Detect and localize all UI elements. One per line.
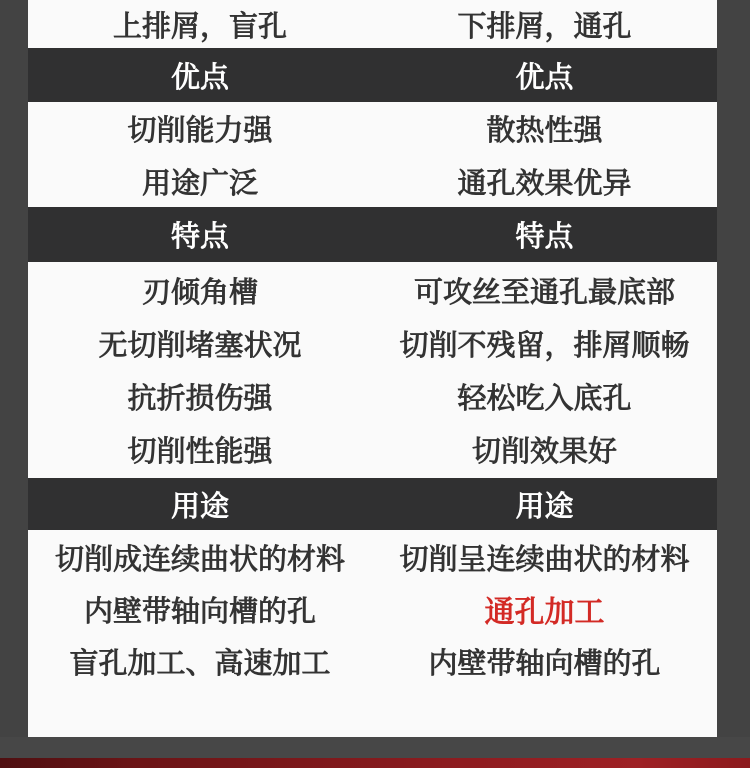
advantage-item: 通孔效果优异	[372, 155, 717, 207]
section-bar-uses: 用途 用途	[28, 478, 717, 530]
section-title-features-right: 特点	[372, 207, 717, 262]
advantages-right-column: 散热性强 通孔效果优异	[372, 102, 717, 207]
use-item: 内壁带轴向槽的孔	[372, 635, 717, 687]
feature-item: 刃倾角槽	[28, 264, 372, 317]
feature-item: 可攻丝至通孔最底部	[372, 264, 717, 317]
advantage-item: 散热性强	[372, 103, 717, 155]
section-bar-features: 特点 特点	[28, 207, 717, 262]
feature-item: 切削效果好	[372, 423, 717, 476]
section-features: 刃倾角槽 无切削堵塞状况 抗折损伤强 切削性能强 可攻丝至通孔最底部 切削不残留…	[28, 262, 717, 478]
feature-item: 切削性能强	[28, 423, 372, 476]
section-title-uses-left: 用途	[28, 478, 372, 530]
use-item: 内壁带轴向槽的孔	[28, 583, 372, 635]
section-title-features-left: 特点	[28, 207, 372, 262]
use-item: 切削成连续曲状的材料	[28, 531, 372, 583]
section-advantages: 切削能力强 用途广泛 散热性强 通孔效果优异	[28, 102, 717, 207]
footer-red-strip	[0, 758, 750, 768]
column-header-through-hole: 下排屑，通孔	[372, 0, 717, 48]
column-header-blind-hole: 上排屑，盲孔	[28, 0, 372, 48]
section-title-uses-right: 用途	[372, 478, 717, 530]
footer-gray-band	[0, 737, 750, 758]
advantages-left-column: 切削能力强 用途广泛	[28, 102, 372, 207]
section-title-advantages-left: 优点	[28, 48, 372, 102]
advantage-item: 用途广泛	[28, 155, 372, 207]
section-bar-advantages: 优点 优点	[28, 48, 717, 102]
comparison-table: 上排屑，盲孔 下排屑，通孔 优点 优点 切削能力强 用途广泛 散热性强 通孔效果…	[28, 0, 717, 737]
product-comparison-infographic: 上排屑，盲孔 下排屑，通孔 优点 优点 切削能力强 用途广泛 散热性强 通孔效果…	[0, 0, 750, 768]
feature-item: 抗折损伤强	[28, 370, 372, 423]
advantage-item: 切削能力强	[28, 103, 372, 155]
use-item: 盲孔加工、高速加工	[28, 635, 372, 687]
column-headers-row: 上排屑，盲孔 下排屑，通孔	[28, 0, 717, 48]
uses-right-column: 切削呈连续曲状的材料 通孔加工 内壁带轴向槽的孔	[372, 530, 717, 687]
use-item: 切削呈连续曲状的材料	[372, 531, 717, 583]
features-left-column: 刃倾角槽 无切削堵塞状况 抗折损伤强 切削性能强	[28, 262, 372, 476]
feature-item: 轻松吃入底孔	[372, 370, 717, 423]
uses-left-column: 切削成连续曲状的材料 内壁带轴向槽的孔 盲孔加工、高速加工	[28, 530, 372, 687]
feature-item: 无切削堵塞状况	[28, 317, 372, 370]
features-right-column: 可攻丝至通孔最底部 切削不残留，排屑顺畅 轻松吃入底孔 切削效果好	[372, 262, 717, 476]
section-title-advantages-right: 优点	[372, 48, 717, 102]
section-uses: 切削成连续曲状的材料 内壁带轴向槽的孔 盲孔加工、高速加工 切削呈连续曲状的材料…	[28, 530, 717, 737]
use-item-highlight-through-hole: 通孔加工	[372, 583, 717, 635]
feature-item: 切削不残留，排屑顺畅	[372, 317, 717, 370]
